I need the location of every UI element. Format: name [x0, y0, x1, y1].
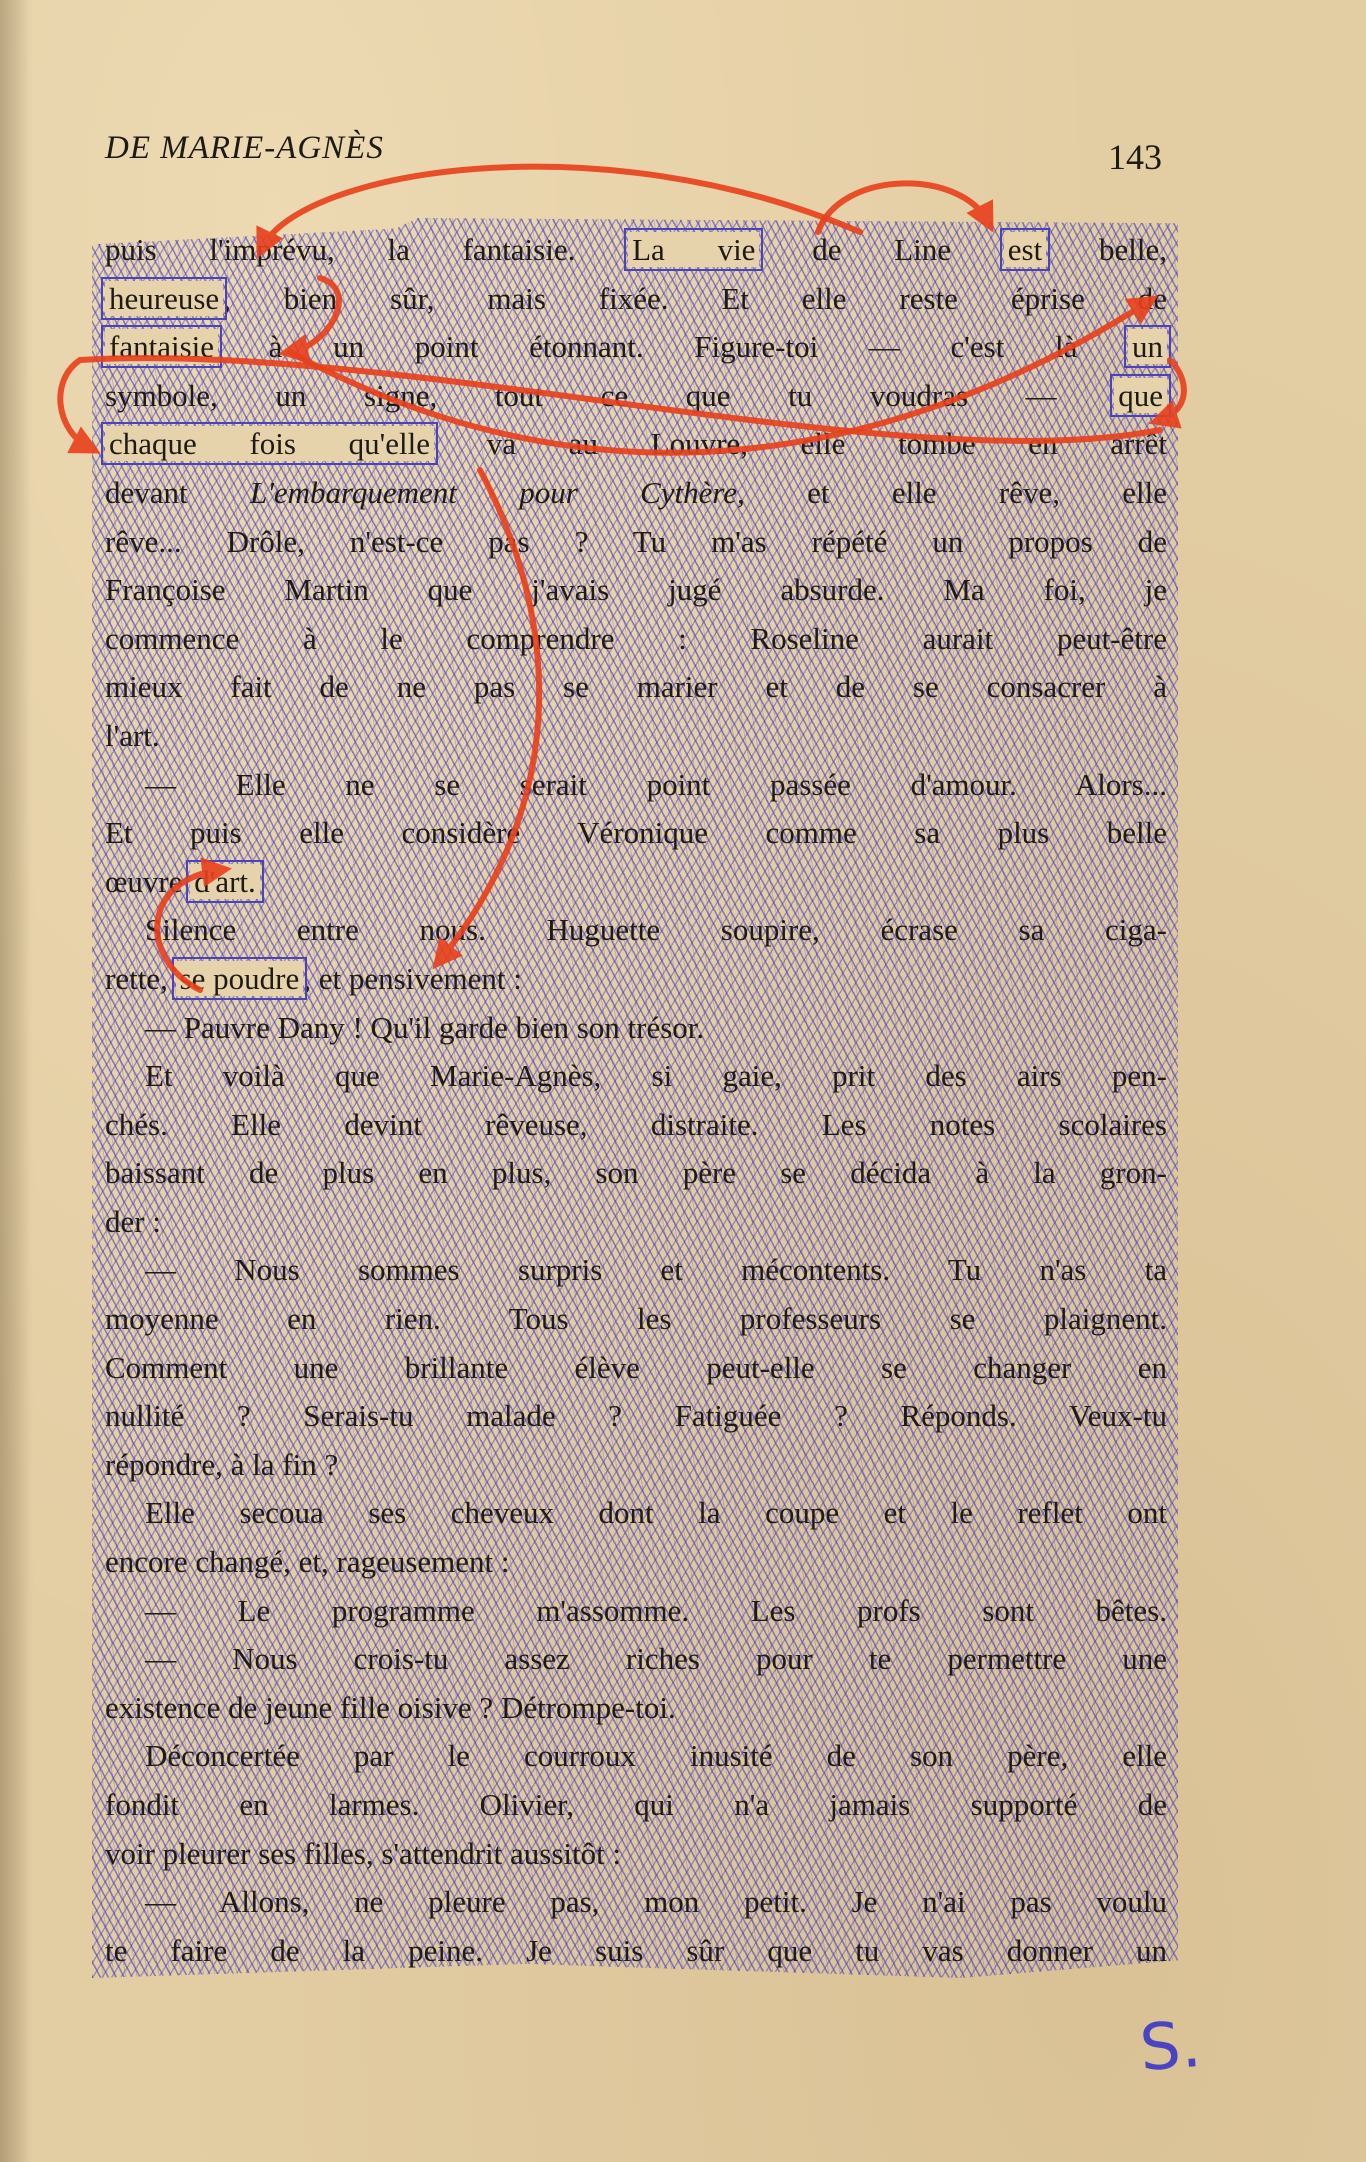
text-line: baissant de plus en plus, son père se dé…: [105, 1149, 1167, 1198]
hatched-text: — Allons, ne pleure pas, mon petit. Je n…: [145, 1884, 1167, 1919]
hatched-text: — Pauvre Dany ! Qu'il garde bien son tré…: [145, 1010, 704, 1045]
italic-title: L'embarquement pour Cythère: [250, 475, 737, 510]
book-page: DE MARIE-AGNÈS 143 puis l'imprévu, la fa…: [0, 0, 1366, 2162]
text-line: nullité ? Serais-tu malade ? Fatiguée ? …: [105, 1392, 1167, 1441]
hatched-text: Comment une brillante élève peut-elle se…: [105, 1350, 1167, 1385]
text-line: Françoise Martin que j'avais jugé absurd…: [105, 566, 1167, 615]
text-line: der :: [105, 1198, 1167, 1247]
hatched-text: voir pleurer ses filles, s'attendrit aus…: [105, 1836, 621, 1871]
kept-word-box: fantaisie: [105, 329, 218, 364]
text-line: Comment une brillante élève peut-elle se…: [105, 1344, 1167, 1393]
hatched-text: nullité ? Serais-tu malade ? Fatiguée ? …: [105, 1398, 1167, 1433]
hatched-text: chés. Elle devint rêveuse, distraite. Le…: [105, 1107, 1167, 1142]
hatched-text: mieux fait de ne pas se marier et de se …: [105, 669, 1167, 704]
text-line: existence de jeune fille oisive ? Détrom…: [105, 1684, 1167, 1733]
text-line: te faire de la peine. Je suis sûr que tu…: [105, 1927, 1167, 1976]
text-line: moyenne en rien. Tous les professeurs se…: [105, 1295, 1167, 1344]
hatched-text: der :: [105, 1204, 161, 1239]
hatched-text: — Nous sommes surpris et mécontents. Tu …: [145, 1252, 1167, 1287]
text-line: mieux fait de ne pas se marier et de se …: [105, 663, 1167, 712]
hatched-text: encore changé, et, rageusement :: [105, 1544, 510, 1579]
hatched-text: Françoise Martin que j'avais jugé absurd…: [105, 572, 1167, 607]
text-line: fondit en larmes. Olivier, qui n'a jamai…: [105, 1781, 1167, 1830]
hatched-text: , bien sûr, mais fixée. Et elle reste ép…: [223, 281, 1167, 316]
hatched-text: rêve... Drôle, n'est-ce pas ? Tu m'as ré…: [105, 524, 1167, 559]
hatched-text: baissant de plus en plus, son père se dé…: [105, 1155, 1167, 1190]
text-line: l'art.: [105, 712, 1167, 761]
text-line: symbole, un signe, tout ce que tu voudra…: [105, 372, 1167, 421]
text-line: Déconcertée par le courroux inusité de s…: [105, 1732, 1167, 1781]
hatched-text: commence à le comprendre : Roseline aura…: [105, 621, 1167, 656]
body-text: puis l'imprévu, la fantaisie. La vie de …: [105, 226, 1167, 1975]
text-line: commence à le comprendre : Roseline aura…: [105, 615, 1167, 664]
text-line: chés. Elle devint rêveuse, distraite. Le…: [105, 1101, 1167, 1150]
text-line: — Pauvre Dany ! Qu'il garde bien son tré…: [105, 1004, 1167, 1053]
page-number: 143: [1108, 136, 1162, 178]
signature-initial: S.: [1137, 2008, 1203, 2086]
text-line: — Nous sommes surpris et mécontents. Tu …: [105, 1246, 1167, 1295]
hatched-text: — Le programme m'assomme. Les profs sont…: [145, 1593, 1167, 1628]
hatched-text: symbole, un signe, tout ce que tu voudra…: [105, 378, 1114, 413]
hatched-text: Déconcertée par le courroux inusité de s…: [145, 1738, 1167, 1773]
page-gutter-shadow: [0, 0, 30, 2162]
text-line: heureuse, bien sûr, mais fixée. Et elle …: [105, 275, 1167, 324]
hatched-text: devant: [105, 475, 250, 510]
hatched-text: fondit en larmes. Olivier, qui n'a jamai…: [105, 1787, 1167, 1822]
text-line: œuvre d'art.: [105, 858, 1167, 907]
hatched-text: puis l'imprévu, la fantaisie.: [105, 232, 628, 267]
kept-word-box: que: [1114, 378, 1167, 413]
hatched-text: Et puis elle considère Véronique comme s…: [105, 815, 1167, 850]
text-line: — Allons, ne pleure pas, mon petit. Je n…: [105, 1878, 1167, 1927]
hatched-text: te faire de la peine. Je suis sûr que tu…: [105, 1933, 1167, 1968]
hatched-text: va au Louvre, elle tombe en arrêt: [434, 426, 1167, 461]
running-head: DE MARIE-AGNÈS: [105, 130, 384, 167]
kept-word-box: se poudre: [176, 961, 304, 996]
kept-word-box: heureuse: [105, 281, 223, 316]
hatched-text: — Elle ne se serait point passée d'amour…: [145, 767, 1167, 802]
hatched-text: l'art.: [105, 718, 160, 753]
text-line: répondre, à la fin ?: [105, 1441, 1167, 1490]
hatched-text: de Line: [759, 232, 1003, 267]
hatched-text: Elle secoua ses cheveux dont la coupe et…: [145, 1495, 1167, 1530]
text-line: puis l'imprévu, la fantaisie. La vie de …: [105, 226, 1167, 275]
kept-word-box: La vie: [628, 232, 759, 267]
text-line: rette, se poudre, et pensivement :: [105, 955, 1167, 1004]
hatched-text: Et voilà que Marie-Agnès, si gaie, prit …: [145, 1058, 1167, 1093]
hatched-text: , et elle rêve, elle: [737, 475, 1167, 510]
text-line: — Nous crois-tu assez riches pour te per…: [105, 1635, 1167, 1684]
text-line: Et voilà que Marie-Agnès, si gaie, prit …: [105, 1052, 1167, 1101]
hatched-text: répondre, à la fin ?: [105, 1447, 338, 1482]
hatched-text: rette,: [105, 961, 176, 996]
hatched-text: , et pensivement :: [303, 961, 522, 996]
hatched-text: — Nous crois-tu assez riches pour te per…: [145, 1641, 1167, 1676]
text-line: Silence entre nous. Huguette soupire, éc…: [105, 906, 1167, 955]
text-line: rêve... Drôle, n'est-ce pas ? Tu m'as ré…: [105, 518, 1167, 567]
text-line: chaque fois qu'elle va au Louvre, elle t…: [105, 420, 1167, 469]
text-line: voir pleurer ses filles, s'attendrit aus…: [105, 1830, 1167, 1879]
hatched-text: à un point étonnant. Figure-toi — c'est …: [218, 329, 1128, 364]
kept-word-box: chaque fois qu'elle: [105, 426, 434, 461]
kept-word-box: est: [1004, 232, 1046, 267]
text-line: — Elle ne se serait point passée d'amour…: [105, 761, 1167, 810]
hatched-text: œuvre: [105, 864, 190, 899]
text-line: — Le programme m'assomme. Les profs sont…: [105, 1587, 1167, 1636]
text-line: Elle secoua ses cheveux dont la coupe et…: [105, 1489, 1167, 1538]
hatched-text: existence de jeune fille oisive ? Détrom…: [105, 1690, 676, 1725]
text-line: Et puis elle considère Véronique comme s…: [105, 809, 1167, 858]
text-line: fantaisie à un point étonnant. Figure-to…: [105, 323, 1167, 372]
hatched-text: Silence entre nous. Huguette soupire, éc…: [145, 912, 1167, 947]
text-line: encore changé, et, rageusement :: [105, 1538, 1167, 1587]
text-line: devant L'embarquement pour Cythère, et e…: [105, 469, 1167, 518]
kept-word-box: d'art.: [190, 864, 260, 899]
kept-word-box: un: [1128, 329, 1167, 364]
hatched-text: belle,: [1046, 232, 1167, 267]
hatched-text: moyenne en rien. Tous les professeurs se…: [105, 1301, 1167, 1336]
